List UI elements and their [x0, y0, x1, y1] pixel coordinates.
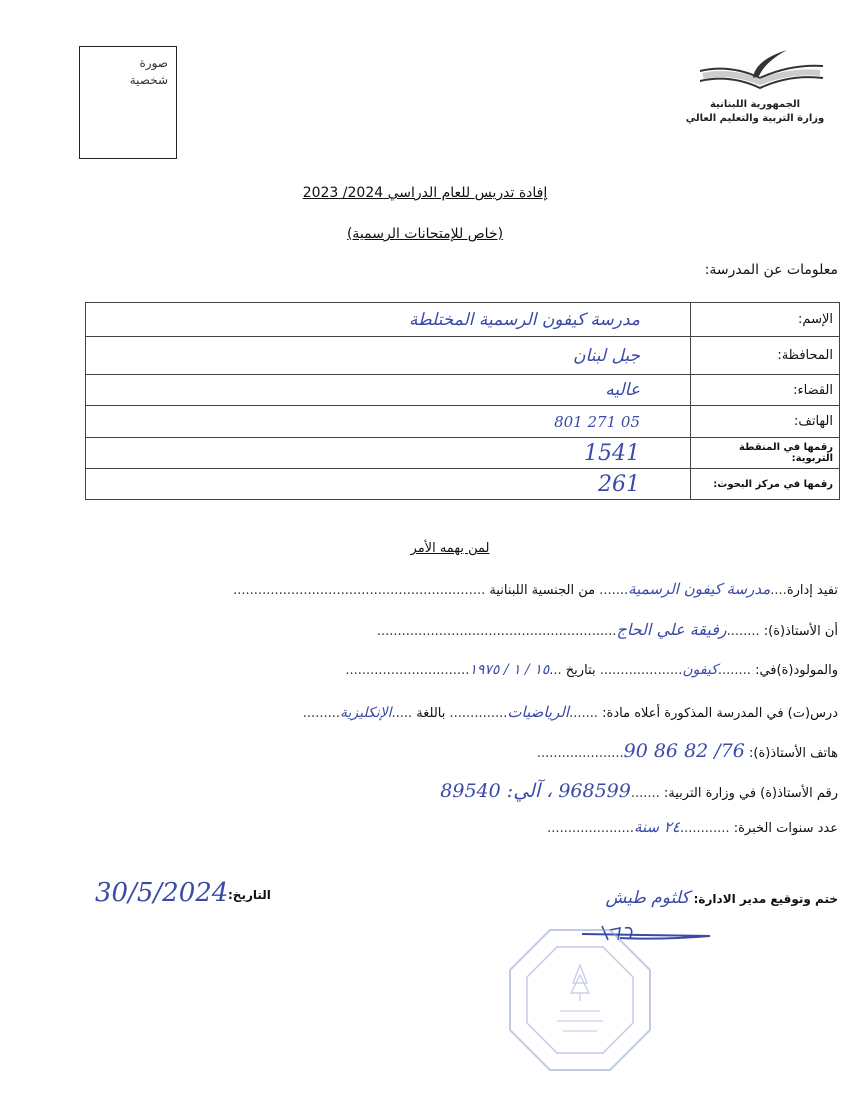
school-info-table: الإسم: مدرسة كيفون الرسمية المختلطة المح… [85, 302, 840, 500]
line7-prefix: عدد سنوات الخبرة: [734, 821, 838, 836]
table-row: الإسم: مدرسة كيفون الرسمية المختلطة [86, 303, 840, 337]
edu-zone-number-label: رقمها في المنقطة التربوية: [691, 438, 840, 469]
school-name-value: مدرسة كيفون الرسمية المختلطة [86, 303, 691, 337]
research-center-number-value: 261 [86, 469, 691, 500]
edu-zone-number-value: 1541 [86, 438, 691, 469]
phone-value: 05 271 801 [86, 406, 691, 438]
document-title: إفادة تدريس للعام الدراسي 2024/ 2023 [200, 185, 650, 201]
district-label: القضاء: [691, 375, 840, 406]
birthdate-value: ١٥ / ١ / ١٩٧٥ [469, 662, 549, 678]
table-row: رقمها في المنقطة التربوية: 1541 [86, 438, 840, 469]
to-whom-heading: لمن يهمه الأمر [350, 541, 550, 556]
experience-value: ٢٤ سنة [634, 818, 680, 836]
document-subtitle: (خاص للإمتحانات الرسمية) [200, 226, 650, 242]
ministry-name: الجمهورية اللبنانية وزارة التربية والتعل… [680, 98, 830, 126]
phone-label: الهاتف: [691, 406, 840, 438]
ministry-line2: وزارة التربية والتعليم العالي [680, 112, 830, 126]
certificate-line-subject: درس(ت) في المدرسة المذكورة أعلاه مادة: .… [303, 703, 838, 721]
governorate-label: المحافظة: [691, 337, 840, 375]
ministry-number-value: 968599 ، آلي: 89540 [440, 780, 631, 802]
school-name-label: الإسم: [691, 303, 840, 337]
table-row: الهاتف: 05 271 801 [86, 406, 840, 438]
certificate-line-school: تفيد إدارة....مدرسة كيفون الرسمية.......… [233, 580, 838, 598]
certificate-line-teacher: أن الأستاذ(ة): ........رفيقة علي الحاج..… [377, 620, 838, 639]
table-row: المحافظة: جبل لبنان [86, 337, 840, 375]
ministry-book-logo-icon [695, 46, 830, 96]
research-center-number-label: رقمها في مركز البحوث: [691, 469, 840, 500]
official-stamp-icon [505, 925, 655, 1075]
date-label: التاريخ: [228, 888, 271, 902]
date-value: 30/5/2024 [95, 878, 228, 908]
date-line: التاريخ: [228, 888, 271, 902]
teacher-name-value: رفيقة علي الحاج [617, 620, 727, 639]
district-value: عاليه [86, 375, 691, 406]
line1-suffix: من الجنسية اللبنانية [489, 583, 595, 598]
line4-prefix: درس(ت) في المدرسة المذكورة أعلاه مادة: [602, 706, 838, 721]
photo-label-line1: صورة [130, 55, 168, 72]
line3-date-label: بتاريخ [566, 663, 596, 678]
signature-label: ختم وتوقيع مدير الادارة: [694, 892, 838, 906]
line3-prefix: والمولود(ة)في: [755, 663, 838, 678]
language-value: الإنكليزية [340, 705, 392, 721]
line2-prefix: أن الأستاذ(ة): [764, 624, 838, 639]
certificate-line-ministry-number: رقم الأستاذ(ة) في وزارة التربية: .......… [440, 780, 838, 802]
line5-prefix: هاتف الأستاذ(ة): [749, 746, 838, 761]
school-info-heading: معلومات عن المدرسة: [705, 262, 838, 278]
ministry-line1: الجمهورية اللبنانية [680, 98, 830, 112]
subject-value: الرياضيات [507, 703, 569, 721]
governorate-value: جبل لبنان [86, 337, 691, 375]
personal-photo-box: صورة شخصية [79, 46, 177, 159]
photo-label-line2: شخصية [130, 72, 168, 89]
director-signature-line: ختم وتوقيع مدير الادارة: كلثوم طيش [606, 888, 838, 908]
director-signature: كلثوم طيش [606, 888, 690, 908]
certificate-line-experience: عدد سنوات الخبرة: ............٢٤ سنة....… [547, 818, 838, 836]
certificate-line-teacher-phone: هاتف الأستاذ(ة): 76/ 82 86 90...........… [537, 740, 838, 762]
birthplace-value: كيفون [682, 662, 718, 678]
line6-prefix: رقم الأستاذ(ة) في وزارة التربية: [664, 786, 838, 801]
table-row: القضاء: عاليه [86, 375, 840, 406]
teacher-phone-value: 76/ 82 86 90 [624, 740, 745, 762]
table-row: رقمها في مركز البحوث: 261 [86, 469, 840, 500]
line1-prefix: تفيد إدارة [787, 583, 838, 598]
line1-school-value: مدرسة كيفون الرسمية [628, 580, 770, 598]
certificate-line-birth: والمولود(ة)في: ........كيفون............… [345, 662, 838, 678]
line4-language-label: باللغة [416, 706, 445, 721]
